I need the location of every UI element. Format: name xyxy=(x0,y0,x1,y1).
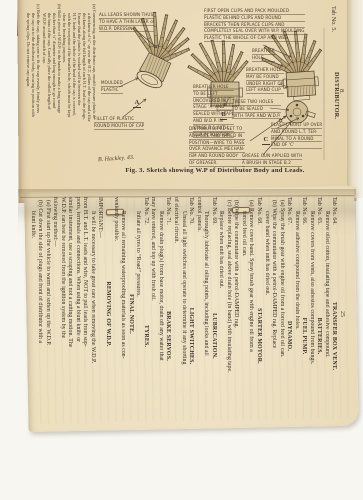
annotation-line: DISTRIBUTOR RE-SET TO xyxy=(189,126,245,133)
figure-annotation: FIRST OPEN CLIPS AND PACK MOULDEDPLASTIC… xyxy=(204,8,305,42)
figure-3: ALL LEADS SHOWN THUSTO HAVE A THIN LAYER… xyxy=(0,0,363,200)
text-line: Remove drain plug(s) from base motor, dr… xyxy=(156,197,164,431)
text-line: (c) Before replacing, seal above drain h… xyxy=(224,197,232,431)
annotation-line: TO BE LEFT xyxy=(193,91,234,98)
tab-number: Tab No. 72. xyxy=(141,197,149,261)
annotation-line: HOLE xyxy=(252,55,275,62)
text-line: Replace when unit has dried out. xyxy=(217,197,225,431)
annotation-line: GREASE GUN APPLIED WITH xyxy=(242,153,302,160)
text-line: ports, terminals and connections. When u… xyxy=(73,197,81,431)
tab-number: Tab No. 65. xyxy=(315,197,323,261)
text-line: of electrical circuit. xyxy=(171,197,179,431)
text-line: Tab No. 64.TRANSFER BOX VENT. xyxy=(330,197,338,431)
tab-number: Tab No. 71. xyxy=(164,197,172,261)
text-line: (b) Cut down the side of plugs and front… xyxy=(36,197,44,431)
annotation-line: AND W.D.P. IN xyxy=(193,118,234,125)
figure-annotation: DISTRIBUTOR RE-SET TOADVANCE AND WIRED I… xyxy=(189,126,245,167)
figure-annotation: MOULDEDPLASTIC xyxy=(101,80,123,94)
text-line: veniently possible. xyxy=(111,197,119,431)
annotation-line: FIRST OPEN CLIPS AND PACK MOULDED xyxy=(204,8,305,15)
annotation-line: WITH TAPE AND W.D.P. xyxy=(232,113,281,120)
tab-number: Tab No. 69. xyxy=(209,197,217,261)
text-line: Remove adhesive compound from the drain … xyxy=(292,197,300,431)
section-heading: TYRES. xyxy=(141,261,149,411)
text-line: IMPORTANT:— xyxy=(96,197,104,431)
text-line: Unseal all light switches and operate to… xyxy=(179,197,187,431)
figure-annotation: THESE TWO HOLESTO BE SEALEDWITH TAPE AND… xyxy=(232,99,281,119)
text-line: Remove oiled cotton, insulating tape and… xyxy=(322,197,330,431)
text-line: blunt knife. xyxy=(28,197,36,431)
text-line: Remove all remaining waterproofing mater… xyxy=(119,197,127,431)
annotation-line: MOULDED xyxy=(101,80,123,87)
text-line: REMOVING OF W.D.P. xyxy=(104,197,112,431)
annotation-line: W.D.P. DRESSING xyxy=(99,26,154,33)
annotation-line: OVER ADVANCE MECHAN- xyxy=(189,146,245,153)
text-line: (a) Spray the brush gear with engine oil… xyxy=(277,197,285,431)
section-heading: BATTERIES. xyxy=(315,261,323,411)
tab-number: Tab No. 67. xyxy=(285,197,293,261)
bottom-page-lines: 25Tab No. 64.TRANSFER BOX VENT.Remove oi… xyxy=(28,197,345,431)
annotation-line: OF GREASER. xyxy=(189,160,245,167)
text-line: following method:— xyxy=(51,197,59,431)
tab-number: Tab No. 64. xyxy=(330,197,338,261)
annotation-line: POSITION—WIRE TO PASS xyxy=(189,140,245,147)
figure-annotation: BREATHER HOLEMAY BE FOUNDUNDER RIGHT ORL… xyxy=(246,67,284,94)
tab-number: Tab No. 66. xyxy=(300,197,308,261)
section-heading: TRANSFER BOX VENT. xyxy=(330,261,338,411)
bottom-page-text: 25Tab No. 64.TRANSFER BOX VENT.Remove oi… xyxy=(23,197,345,431)
annotation-line: TO BE SEALED xyxy=(232,106,281,113)
text-line: Tab No. 69.LUBRICATION. xyxy=(209,197,217,431)
annotation-line: BREATHER xyxy=(252,48,275,55)
annotation-line: UNDER RIGHT OR xyxy=(246,81,284,88)
text-line: W.D.P. can best be removed from the igni… xyxy=(58,197,66,431)
text-line: Tab No. 67.DYNAMO. xyxy=(285,197,293,431)
annotation-line: UNCOVERED IN xyxy=(193,98,234,105)
scan-background: Tab No. 5. 8. DISTRIBUTOR. (a) Commencin… xyxy=(0,0,363,500)
annotation-line: ALL LEADS SHOWN THUS xyxy=(99,12,154,19)
annotation-line: PLASTIC THE WHOLE OF CAP AND WEB xyxy=(204,35,305,42)
annotation-line: PLASTIC BEHIND CLIPS AND ROUND xyxy=(204,15,305,22)
annotation-line: ROUND MOUTH OF CAP xyxy=(94,123,144,130)
annotation-line: MAY BE FOUND xyxy=(246,74,284,81)
annotation-line: MINAL TO A ROUND xyxy=(271,136,322,143)
text-line: Tab No. 72.TYRES. xyxy=(141,197,149,431)
text-line: It will be necessary to take great care … xyxy=(88,197,96,431)
figure-annotation: PLASTIC BUILT UP OVERAND ROUND L.T. TER-… xyxy=(271,122,322,149)
tab-number: Tab No. 68. xyxy=(254,197,262,261)
section-heading: FUEL PUMP. xyxy=(300,261,308,411)
text-line: Tab No. 70.LIGHT SWITCHES. xyxy=(187,197,195,431)
section-heading: DYNAMO. xyxy=(285,261,293,411)
text-line: may have entered, and top up with fresh … xyxy=(149,197,157,431)
text-line: control panels. xyxy=(194,197,202,431)
text-line: Tab No. 66.FUEL PUMP. xyxy=(300,197,308,431)
text-line: Inflate all tyres to “Road” pressures. xyxy=(134,197,142,431)
annotation-line: COMPLETELY SEAL OVER WITH W.P. MOULDING xyxy=(204,28,305,35)
text-line: Thoroughly lubricate all oiling points, … xyxy=(202,197,210,431)
text-line: Tab No. 68.STARTER MOTOR. xyxy=(254,197,262,431)
figure-annotation: GREASE GUN APPLIED WITHA BRUSH IN STAGE … xyxy=(242,153,302,167)
figure-annotation: FILLET OF PLASTICROUND MOUTH OF CAP xyxy=(94,116,144,130)
text-line: (a) First start up the vehicle to warm a… xyxy=(43,197,51,431)
text-line: (a) Remove cover band. Spray brush gear … xyxy=(247,197,255,431)
annotation-line: ISM AND ROUND BODY xyxy=(189,153,245,160)
annotation-line: STAGE 'A' AND xyxy=(193,104,234,111)
figure-letter: A xyxy=(133,99,141,108)
annotation-line: TO HAVE A THIN LAYER of xyxy=(99,19,154,26)
annotation-line: THESE TWO HOLES xyxy=(232,99,281,106)
annotation-line: FILLET OF PLASTIC xyxy=(94,116,144,123)
annotation-line: SEALED WITH TAPE xyxy=(193,111,234,118)
section-heading: STARTER MOTOR. xyxy=(254,261,262,411)
text-line: Tab No. 71.BRAKE SERVOS. xyxy=(164,197,172,431)
figure-annotation: ALL LEADS SHOWN THUSTO HAVE A THIN LAYER… xyxy=(99,12,154,32)
annotation-line: END OF 'C' xyxy=(271,142,322,149)
section-heading: BRAKE SERVOS. xyxy=(164,261,172,411)
text-line: FINAL NOTE. xyxy=(126,197,134,431)
annotation-line: BREATHER HOLE xyxy=(193,84,234,91)
text-line: Tab No. 65.BATTERIES. xyxy=(315,197,323,431)
annotation-line: ADVANCE AND WIRED IN xyxy=(189,133,245,140)
figure-letter: B xyxy=(220,111,227,120)
annotation-line: BRACKETS THEN REPLACE CLIPS AND xyxy=(204,22,305,29)
annotation-line: PLASTIC xyxy=(101,87,123,94)
annotation-line: A BRUSH IN STAGE B.2 xyxy=(242,160,302,167)
text-line: Remove covers from vents, also asbestos … xyxy=(307,197,315,431)
text-line: (b) Wipe the commutator with a petrol-DA… xyxy=(232,197,240,431)
text-line: similar instrument, use a scraping and n… xyxy=(66,197,74,431)
text-line: from H.T. and L.T. leads and wire, NOT t… xyxy=(81,197,89,431)
annotation-line: AND ROUND L.T. TER- xyxy=(271,129,322,136)
section-heading: LIGHT SWITCHES. xyxy=(187,261,195,411)
figure-letter: C xyxy=(262,136,270,145)
figure-annotation: BREATHERHOLE xyxy=(252,48,275,62)
figure-caption: Fig. 3. Sketch showing W.P of Distributo… xyxy=(95,167,335,175)
text-line: forced feed oil can. xyxy=(239,197,247,431)
text-line: 25 xyxy=(337,197,345,431)
annotation-line: PLASTIC BUILT UP OVER xyxy=(271,122,322,129)
tab-number: Tab No. 70. xyxy=(187,197,195,261)
annotation-line: LEFT HAND CLIP xyxy=(246,87,284,94)
annotation-line: BREATHER HOLE xyxy=(246,67,284,74)
text-line: cover band when unit has dried out. xyxy=(262,197,270,431)
text-line: (b) Wipe the commutator with a petrol-DA… xyxy=(270,197,278,431)
section-heading: LUBRICATION. xyxy=(209,261,217,411)
